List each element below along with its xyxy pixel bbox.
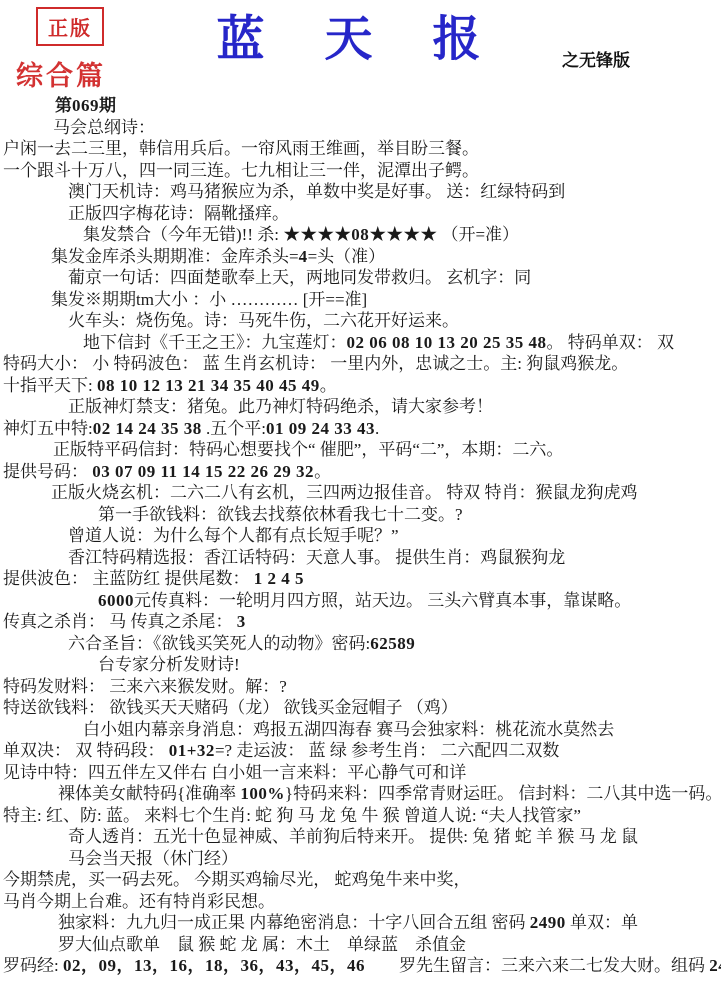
newspaper-page: 正版 蓝 天 报 之无锋版 综合篇 第069期马会总纲诗：户闲一去二三里，韩信用… bbox=[0, 0, 721, 987]
body-line: 地下信封《千王之王》：九宝莲灯：02 06 08 10 13 20 25 35 … bbox=[3, 332, 721, 354]
number-run: 02 06 08 10 13 20 25 35 48 bbox=[347, 333, 547, 352]
body-line: 正版特平码信封：特码心想要找个“ 催肥”，平码“二”，本期：二六。 bbox=[3, 439, 721, 461]
body-line: 马肖今期上台难。还有特肖彩民想。 bbox=[3, 891, 721, 913]
number-run: 03 07 09 11 14 15 22 26 29 32 bbox=[92, 462, 314, 481]
body-line: 神灯五中特:02 14 24 35 38 .五个平:01 09 24 33 43… bbox=[3, 418, 721, 440]
body-line: 6000元传真料：一轮明月四方照，站天边。 三头六臂真本事，靠谋略。 bbox=[3, 590, 721, 612]
number-run: 6000 bbox=[98, 591, 134, 610]
body-line: 罗码经: 02，09，13，16，18，36，43，45，46 罗先生留言：三来… bbox=[3, 955, 721, 977]
body-line: 白小姐内幕亲身消息：鸡报五湖四海春 赛马会独家料：桃花流水莫然去 bbox=[3, 719, 721, 741]
number-run: 069 bbox=[72, 96, 99, 115]
body-line: 今期禁虎，买一码去死。 今期买鸡输尽光， 蛇鸡兔牛来中奖， bbox=[3, 869, 721, 891]
body-line: 台专家分析发财诗! bbox=[3, 654, 721, 676]
body-line: 十指平天下: 08 10 12 13 21 34 35 40 45 49。 bbox=[3, 375, 721, 397]
body-line: 火车头：烧伤兔。诗：马死牛伤，二六花开好运来。 bbox=[3, 310, 721, 332]
body-line: 正版四字梅花诗：隔靴搔痒。 bbox=[3, 203, 721, 225]
body-line: 香江特码精选报：香江话特码：天意人事。 提供生肖：鸡鼠猴狗龙 bbox=[3, 547, 721, 569]
body-line: 特送欲钱料： 欲钱买天天赌码（龙） 欲钱买金冠帽子 （鸡） bbox=[3, 697, 721, 719]
body-line: 马会总纲诗： bbox=[3, 117, 721, 139]
body-line: 特码发财料： 三来六来猴发财。解：? bbox=[3, 676, 721, 698]
body-line: 澳门天机诗：鸡马猪猴应为杀，单数中奖是好事。 送：红绿特码到 bbox=[3, 181, 721, 203]
number-run: 2490 bbox=[530, 913, 566, 932]
body-line: 曾道人说：为什么每个人都有点长短手呢？” bbox=[3, 525, 721, 547]
body-line: 奇人透肖：五光十色显神威、羊前狗后特来开。 提供: 兔 猪 蛇 羊 猴 马 龙 … bbox=[3, 826, 721, 848]
edition-label: 之无锋版 bbox=[562, 46, 630, 71]
body-line: 特码大小： 小 特码波色： 蓝 生肖玄机诗： 一里内外，忠诚之士。主: 狗鼠鸡猴… bbox=[3, 353, 721, 375]
number-run: 1 2 4 5 bbox=[254, 569, 304, 588]
body-lines: 第069期马会总纲诗：户闲一去二三里，韩信用兵后。一帘风雨王维画，举目盼三餐。一… bbox=[3, 95, 721, 977]
number-run: 08 bbox=[351, 225, 369, 244]
body-line: 传真之杀肖： 马 传真之杀尾： 3 bbox=[3, 611, 721, 633]
body-line: 六合圣旨：《欲钱买笑死人的动物》密码:62589 bbox=[3, 633, 721, 655]
number-run: 4 bbox=[299, 247, 308, 266]
body-line: 提供波色： 主蓝防红 提供尾数： 1 2 4 5 bbox=[3, 568, 721, 590]
body-line: 见诗中特：四五伴左又伴右 白小姐一言来料：平心静气可和详 bbox=[3, 762, 721, 784]
number-run: 01+32 bbox=[169, 741, 215, 760]
body-line: 集发金库杀头期期准：金库杀头=4=头（准） bbox=[3, 246, 721, 268]
body-line: 正版火烧玄机：二六二八有玄机，三四两边报佳音。 特双 特肖：猴鼠龙狗虎鸡 bbox=[3, 482, 721, 504]
body-line: 集发禁合（今年无错)!! 杀: ★★★★08★★★★ （开=准） bbox=[3, 224, 721, 246]
body-line: 葡京一句话：四面楚歌奉上天，两地同发带救归。 玄机字：同 bbox=[3, 267, 721, 289]
body-line: 集发※期期tm大小 ：小 ………… [开==准] bbox=[3, 289, 721, 311]
number-run: 08 10 12 13 21 34 35 40 45 49 bbox=[97, 376, 320, 395]
body-line: 罗大仙点歌单 鼠 猴 蛇 龙 属：木土 单绿蓝 杀值金 bbox=[3, 934, 721, 956]
body-line: 特主: 红、防: 蓝。 来料七个生肖: 蛇 狗 马 龙 兔 牛 猴 曾道人说: … bbox=[3, 805, 721, 827]
body-line: 独家料：九九归一成正果 内幕绝密消息：十字八回合五组 密码 2490 单双：单 bbox=[3, 912, 721, 934]
body-line: 第一手欲钱料：欲钱去找蔡依林看我七十二变。? bbox=[3, 504, 721, 526]
number-run: 02 14 24 35 38 bbox=[93, 419, 202, 438]
number-run: 02，09，13，16，18，36，43，45，46 bbox=[63, 956, 365, 975]
number-run: 246179 bbox=[709, 956, 721, 975]
section-title: 综合篇 bbox=[16, 54, 106, 93]
body-line: 提供号码： 03 07 09 11 14 15 22 26 29 32。 bbox=[3, 461, 721, 483]
body-line: 马会当天报（休门经） bbox=[3, 848, 721, 870]
body-line: 正版神灯禁支：猪兔。此乃神灯特码绝杀，请大家参考！ bbox=[3, 396, 721, 418]
body-line: 第069期 bbox=[3, 95, 721, 117]
number-run: 3 bbox=[237, 612, 246, 631]
number-run: 100% bbox=[240, 784, 285, 803]
body-line: 一个跟斗十万八，四一同三连。七九相让三一伴，泥潭出子鳄。 bbox=[3, 160, 721, 182]
body-line: 裸体美女献特码{准确率 100%}特码来料：四季常青财运旺。 信封料：二八其中选… bbox=[3, 783, 721, 805]
number-run: 62589 bbox=[370, 634, 415, 653]
body-line: 单双决： 双 特码段： 01+32=? 走运波： 蓝 绿 参考生肖： 二六配四二… bbox=[3, 740, 721, 762]
body-line: 户闲一去二三里，韩信用兵后。一帘风雨王维画，举目盼三餐。 bbox=[3, 138, 721, 160]
number-run: 01 09 24 33 43 bbox=[266, 419, 375, 438]
